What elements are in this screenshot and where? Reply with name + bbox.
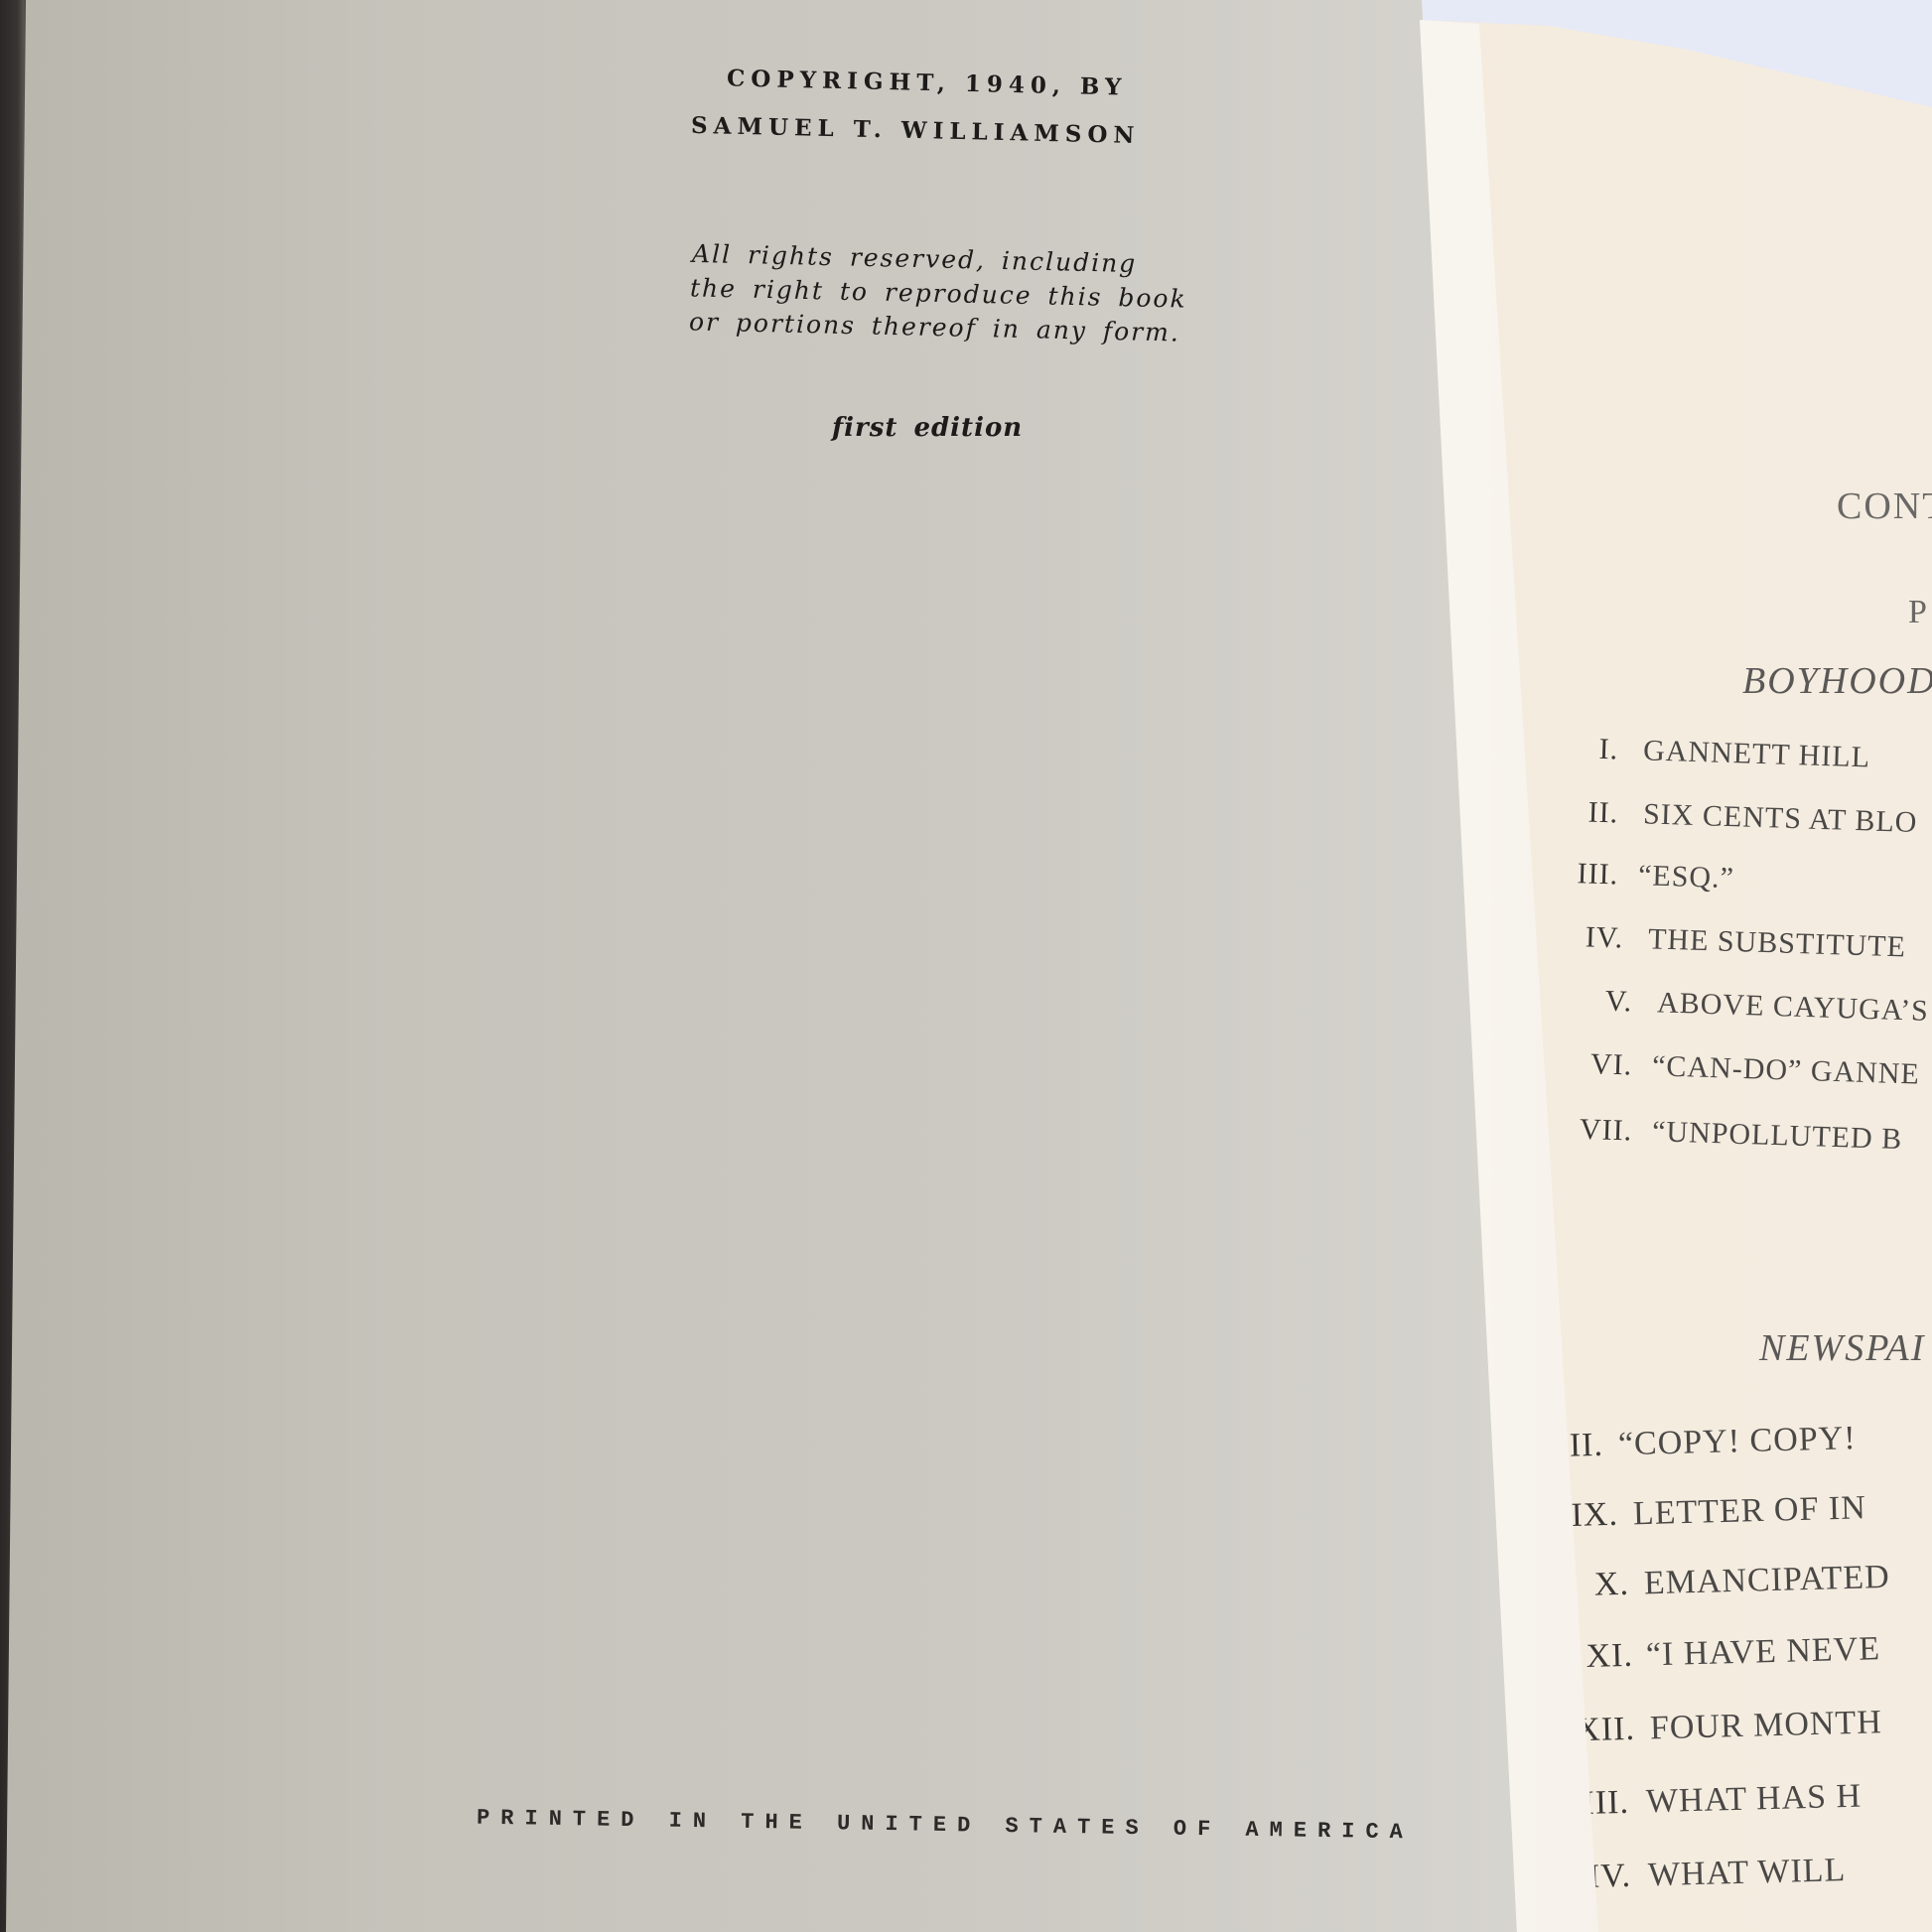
toc-entry[interactable]: V. ABOVE CAYUGA’S xyxy=(1492,981,1932,1036)
edition-label: first edition xyxy=(832,413,1023,443)
toc-entry[interactable]: II. SIX CENTS AT BLO xyxy=(1478,792,1932,848)
chapter-title: ABOVE CAYUGA’S xyxy=(1657,986,1930,1029)
section-title-boyhood: BOYHOOD xyxy=(1742,659,1932,703)
chapter-title: “ESQ.” xyxy=(1638,859,1735,896)
chapter-title: THE SUBSTITUTE xyxy=(1648,922,1907,964)
chapter-title: “I HAVE NEVE xyxy=(1645,1630,1880,1674)
chapter-title: “COPY! COPY! xyxy=(1617,1420,1857,1463)
section-title-newspaper: NEWSPAI xyxy=(1759,1326,1925,1370)
rights-line-1: All rights reserved, including xyxy=(692,239,1138,278)
chapter-title: “CAN-DO” GANNE xyxy=(1652,1049,1921,1091)
chapter-title: EMANCIPATED xyxy=(1643,1559,1890,1602)
chapter-title: SIX CENTS AT BLO xyxy=(1643,797,1918,840)
rights-line-3: or portions thereof in any form. xyxy=(689,307,1180,346)
toc-entry[interactable]: I. GANNETT HILL xyxy=(1478,729,1932,784)
contents-heading: CONT xyxy=(1837,484,1932,528)
copyright-line: COPYRIGHT, 1940, BY xyxy=(727,65,1128,100)
chapter-title: WHAT WILL xyxy=(1647,1852,1846,1894)
chapter-title: LETTER OF IN xyxy=(1632,1489,1866,1533)
toc-entry[interactable]: III. “ESQ.” xyxy=(1478,854,1932,909)
part-label: P xyxy=(1908,594,1929,631)
chapter-title: FOUR MONTH xyxy=(1649,1704,1882,1747)
toc-entry[interactable]: IV. THE SUBSTITUTE xyxy=(1483,917,1932,973)
rights-line-2: the right to reproduce this book xyxy=(690,273,1187,313)
imprint-line: PRINTED IN THE UNITED STATES OF AMERICA xyxy=(477,1806,1414,1846)
chapter-title: “UNPOLLUTED B xyxy=(1652,1115,1903,1157)
author-line: SAMUEL T. WILLIAMSON xyxy=(691,112,1141,149)
toc-entry[interactable]: VI. “CAN-DO” GANNE xyxy=(1492,1044,1932,1100)
chapter-title: GANNETT HILL xyxy=(1643,734,1871,774)
chapter-title: WHAT HAS H xyxy=(1645,1778,1862,1822)
toc-entry[interactable]: VII. “UNPOLLUTED B xyxy=(1492,1110,1932,1166)
